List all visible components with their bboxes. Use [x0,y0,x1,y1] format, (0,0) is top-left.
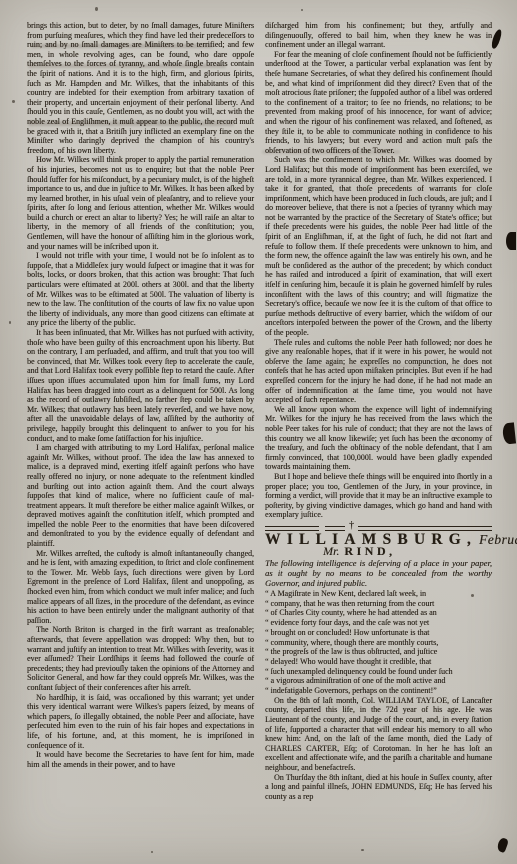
paper-speck [12,100,15,103]
quote-line: “ community, where, though there are mon… [265,638,492,648]
right-column: diſcharged him from his confinement; but… [265,21,492,801]
quote-line: “ brought on or concluded! How unfortuna… [265,628,492,638]
ink-smudge [31,44,213,48]
body-paragraph: No hardſhip, it is ſaid, was occaſioned … [27,693,254,751]
body-paragraph: Mr. Wilkes arreſted, the cuſtody is almo… [27,549,254,626]
ink-smudge [300,364,468,368]
body-paragraph: Such was the confinement to which Mr. Wi… [265,155,492,337]
paper-speck [361,849,364,851]
body-paragraph: brings this action, but to deter, by no … [27,21,254,155]
ink-blot [506,232,516,250]
obituary-paragraph: On the 8th of laſt month, Col. WILLIAM T… [265,696,492,773]
body-paragraph: For fear the meaning of cloſe confinemen… [265,50,492,156]
editorial-intro: The following intelligence is deſerving … [265,558,492,588]
body-paragraph: diſcharged him from his confinement; but… [265,21,492,50]
salutation-name: RIND, [344,544,395,558]
quote-line: “ ſuch unexampled delinquency could be f… [265,667,492,677]
body-paragraph: We all know upon whom the expence will l… [265,405,492,472]
body-paragraph: How Mr. Wilkes will think proper to appl… [27,155,254,251]
body-paragraph: I would not trifle with your time, I wou… [27,251,254,328]
paper-speck [9,321,11,324]
body-paragraph: The North Briton is charged in the firſt… [27,625,254,692]
dateline-date: February 22. [479,535,517,545]
paper-speck [471,594,474,597]
quote-line: “ A Magiſtrate in New Kent, declared laſ… [265,589,492,599]
ink-smudge [262,150,400,154]
left-column: brings this action, but to deter, by no … [27,21,254,801]
body-paragraph: I am charged with attributing to my Lord… [27,443,254,549]
quote-line: “ the progreſs of the law is thus obſtru… [265,647,492,657]
quote-line: “ indefatigable Governors, perhaps on th… [265,686,492,696]
city-name: WILLIAMSBURG, [265,535,477,545]
quote-line: “ company, that he was then returning fr… [265,599,492,609]
salutation-prefix: Mr. [323,544,339,558]
dateline: WILLIAMSBURG, February 22. [265,535,492,545]
body-paragraph: It would have become the Secretaries to … [27,750,254,769]
body-paragraph: Theſe rules and cuſtoms the noble Peer h… [265,338,492,405]
ink-smudge [28,64,226,68]
quote-line: “ evidence forty four days, and the caſe… [265,618,492,628]
ink-smudge [28,121,234,126]
body-paragraph: It has been inſinuated, that Mr. Wilkes … [27,328,254,443]
quote-line: “ delayed! Who would have thought it cre… [265,657,492,667]
quote-line: “ of Charles City county, where he had a… [265,608,492,618]
body-paragraph: But I hope and believe theſe things will… [265,472,492,520]
dagger-icon: † [349,523,354,529]
paper-speck [301,9,303,11]
paper-speck [95,7,98,11]
ink-blot [496,837,509,853]
obituary-paragraph: On Thurſday the 8th inſtant, died at his… [265,773,492,802]
quote-line: “ a vigorous adminiſtration of one of th… [265,676,492,686]
salutation: Mr.RIND, [323,547,492,557]
quoted-letter: “ A Magiſtrate in New Kent, declared laſ… [265,589,492,696]
paper-speck [151,851,153,853]
newspaper-page: brings this action, but to deter, by no … [0,0,517,864]
